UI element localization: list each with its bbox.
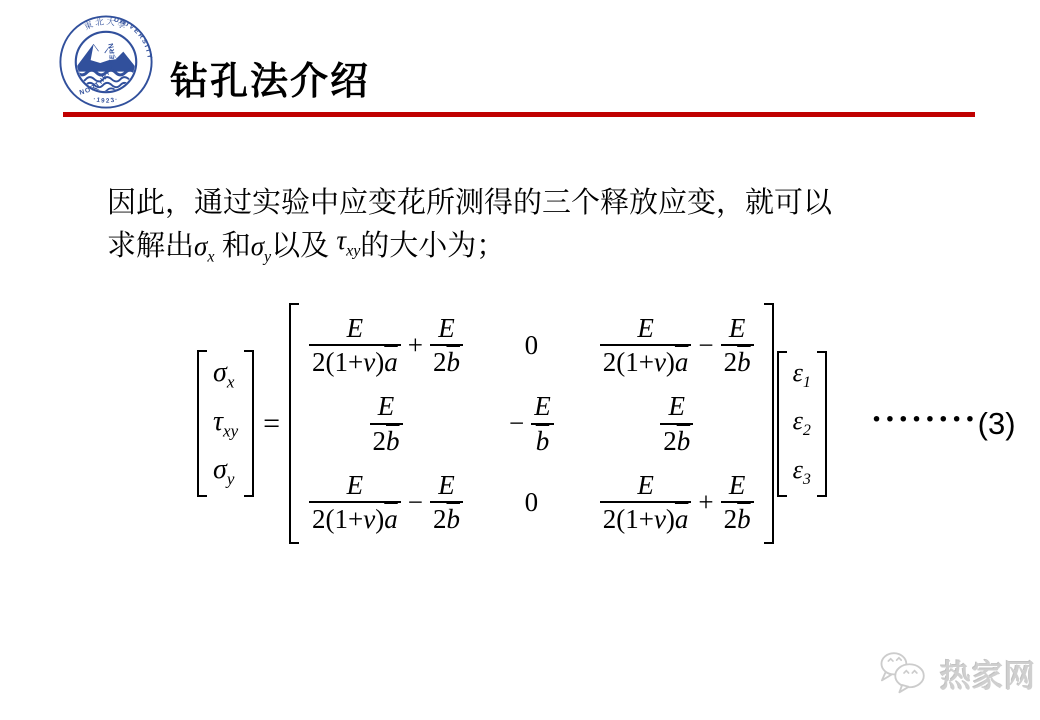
title-underline [63,112,975,117]
equals-sign: = [263,407,280,441]
coefficient-matrix: E2(1+ν)a + E2b 0 E2(1+ν)a − E2b E2b − Eb [289,303,774,544]
strain-vector: ε1 ε2 ε3 [777,351,827,497]
watermark-text: 热家网 [940,651,1036,696]
matrix-cell-r2c3: E2b [660,391,693,455]
equation-label: ········ (3) [871,406,1016,442]
page-title: 钻孔法介绍 [170,50,370,105]
matrix-cell-r1c1: E2(1+ν)a + E2b [309,313,463,377]
inline-math-sigma-y: σy [251,231,271,261]
matrix-cell-r3c3: E2(1+ν)a + E2b [600,470,754,534]
fraction-E-over-2(1+nu)a: E2(1+ν)a [309,470,401,534]
fraction-E-over-2b: E2b [721,470,754,534]
matrix-cell-r3c2: 0 [525,487,539,518]
body-text: 因此，通过实验中应变花所测得的三个释放应变，就可以 求解出σx 和σy以及 τx… [107,182,947,278]
fraction-E-over-2(1+nu)a: E2(1+ν)a [309,313,401,377]
fraction-E-over-2b: E2b [660,391,693,455]
chat-bubbles-icon [876,650,932,696]
equation-3: σx τxy σy = E2(1+ν)a + E2b 0 E2(1+ν)a − … [197,303,1016,544]
fraction-E-over-2(1+nu)a: E2(1+ν)a [600,313,692,377]
stress-vector: σx τxy σy [197,350,254,497]
fraction-E-over-2b: E2b [370,391,403,455]
matrix-cell-r2c1: E2b [370,391,403,455]
equation-number: (3) [978,406,1016,442]
slide: { "slide": { "title": "钻孔法介绍", "accent_c… [0,0,1040,720]
university-logo: NORTHEASTERN UNIVERSITY ·1923· 東北大學 [58,14,154,110]
fraction-E-over-2b: E2b [721,313,754,377]
body-text-line1: 因此，通过实验中应变花所测得的三个释放应变，就可以 [107,182,947,225]
body-text-line2: 求解出σx 和σy以及 τxy的大小为； [107,225,947,278]
fraction-E-over-b: Eb [531,391,554,455]
watermark: 热家网 [876,650,1036,696]
fraction-E-over-2(1+nu)a: E2(1+ν)a [600,470,692,534]
fraction-E-over-2b: E2b [430,313,463,377]
inline-math-sigma-x: σx [194,231,214,261]
matrix-cell-r1c3: E2(1+ν)a − E2b [600,313,754,377]
matrix-cell-r1c2: 0 [525,330,539,361]
matrix-cell-r2c2: − Eb [509,391,554,455]
fraction-E-over-2b: E2b [430,470,463,534]
inline-math-tau-xy: τxy [336,225,360,255]
university-logo-graphic: NORTHEASTERN UNIVERSITY ·1923· 東北大學 [58,14,154,110]
matrix-cell-r3c1: E2(1+ν)a − E2b [309,470,463,534]
